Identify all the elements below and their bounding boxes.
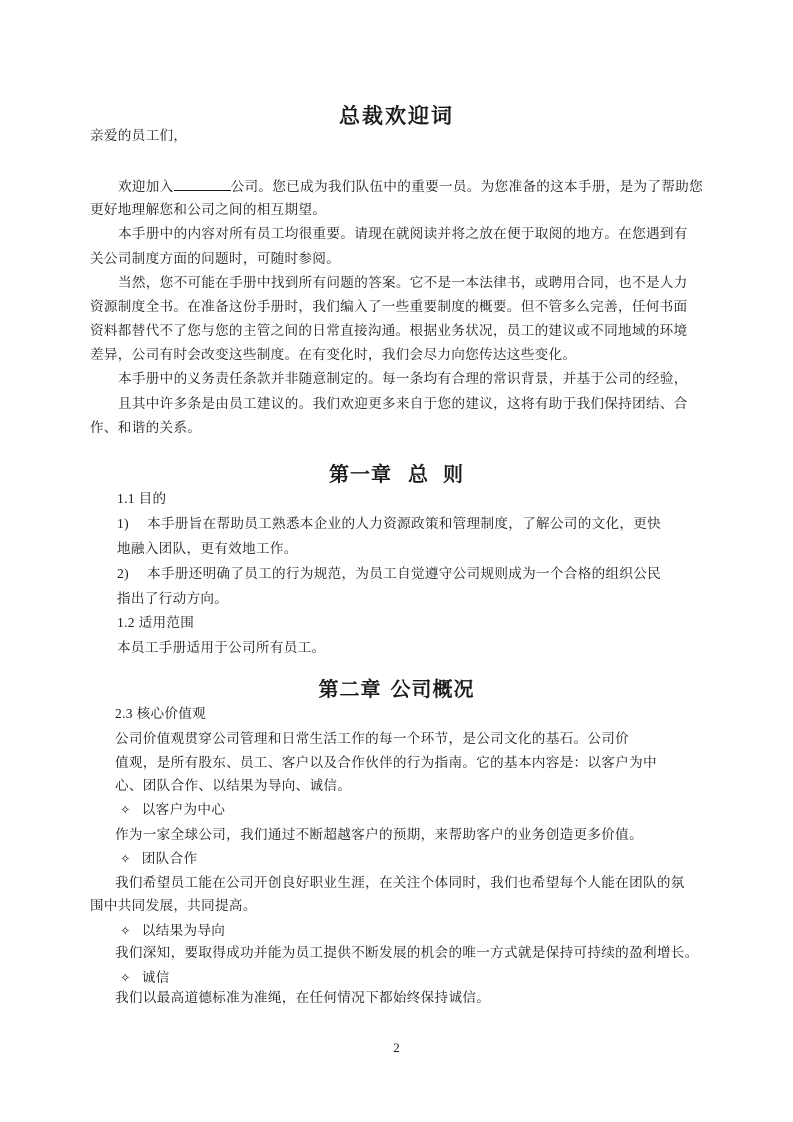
value-item-teamwork-title: ✧团队合作	[120, 851, 197, 867]
value-name: 以客户为中心	[142, 802, 225, 817]
item-1-marker: 1)	[117, 516, 147, 532]
page-title: 总裁欢迎词	[0, 100, 793, 130]
values-intro-line-3: 心、团队合作、以结果为导向、诚信。	[115, 778, 351, 794]
salutation-line: 亲爱的员工们，	[90, 128, 187, 144]
item-1-text: 本手册旨在帮助员工熟悉本企业的人力资源政策和管理制度，了解公司的文化，更快	[147, 516, 661, 531]
welcome-paragraph-2-line-1: 本手册中的内容对所有员工均很重要。请现在就阅读并将之放在便于取阅的地方。在您遇到…	[118, 226, 688, 242]
value-item-results-title: ✧以结果为导向	[120, 923, 225, 939]
welcome-paragraph-2-line-2: 关公司制度方面的问题时，可随时参阅。	[90, 251, 340, 267]
text-before-company-blank: 欢迎加入	[118, 179, 174, 194]
chapter-2-heading: 第二章公司概况	[0, 673, 793, 702]
values-intro-line-2: 值观，是所有股东、员工、客户以及合作伙伴的行为指南。它的基本内容是：以客户为中	[115, 755, 657, 771]
document-page: 总裁欢迎词 亲爱的员工们， 欢迎加入公司。您已成为我们队伍中的重要一员。为您准备…	[0, 0, 793, 1122]
section-1-2-heading: 1.2 适用范围	[117, 615, 194, 631]
value-item-teamwork-desc-line-1: 我们希望员工能在公司开创良好职业生涯，在关注个体同时，我们也希望每个人能在团队的…	[115, 875, 685, 891]
section-1-1-heading: 1.1 目的	[117, 491, 166, 507]
value-item-results-desc: 我们深知，要取得成功并能为员工提供不断发展的机会的唯一方式就是保持可持续的盈利增…	[115, 945, 699, 961]
value-name: 诚信	[142, 970, 170, 985]
value-item-integrity-desc: 我们以最高道德标准为准绳，在任何情况下都始终保持诚信。	[115, 990, 490, 1006]
item-2-marker: 2)	[117, 566, 147, 582]
section-1-2-body: 本员工手册适用于公司所有员工。	[117, 640, 325, 656]
welcome-paragraph-3-line-4: 差异，公司有时会改变这些制度。在有变化时，我们会尽力向您传达这些变化。	[90, 347, 576, 363]
text-after-company-blank: 公司。您已成为我们队伍中的重要一员。为您准备的这本手册，是为了帮助您	[231, 179, 703, 194]
welcome-paragraph-3-line-1: 当然，您不可能在手册中找到所有问题的答案。它不是一本法律书，或聘用合同，也不是人…	[118, 275, 688, 291]
item-2-text: 本手册还明确了员工的行为规范，为员工自觉遵守公司规则成为一个合格的组织公民	[147, 566, 661, 581]
welcome-paragraph-3-line-3: 资料都替代不了您与您的主管之间的日常直接沟通。根据业务状况，员工的建议或不同地域…	[90, 323, 687, 339]
diamond-bullet-icon: ✧	[120, 924, 131, 938]
page-number: 2	[0, 1040, 793, 1056]
welcome-paragraph-5-line-2: 作、和谐的关系。	[90, 420, 201, 436]
chapter-1-item-1-line-1: 1)本手册旨在帮助员工熟悉本企业的人力资源政策和管理制度，了解公司的文化，更快	[117, 516, 661, 532]
welcome-paragraph-5-line-1: 且其中许多条是由员工建议的。我们欢迎更多来自于您的建议，这将有助于我们保持团结、…	[118, 396, 688, 412]
chapter-1-name: 总 则	[408, 464, 464, 486]
section-2-3-heading: 2.3 核心价值观	[115, 706, 206, 722]
chapter-1-item-2-line-2: 指出了行动方向。	[117, 591, 228, 607]
welcome-paragraph-3-line-2: 资源制度全书。在准备这份手册时，我们编入了一些重要制度的概要。但不管多么完善，任…	[90, 299, 687, 315]
diamond-bullet-icon: ✧	[120, 852, 131, 866]
chapter-1-item-1-line-2: 地融入团队，更有效地工作。	[117, 541, 298, 557]
chapter-1-number: 第一章	[329, 464, 392, 486]
value-name: 以结果为导向	[142, 923, 225, 938]
diamond-bullet-icon: ✧	[120, 971, 131, 985]
chapter-2-number: 第二章	[319, 679, 382, 701]
value-name: 团队合作	[142, 851, 198, 866]
values-intro-line-1: 公司价值观贯穿公司管理和日常生活工作的每一个环节，是公司文化的基石。公司价	[115, 731, 629, 747]
welcome-paragraph-1-line-1: 欢迎加入公司。您已成为我们队伍中的重要一员。为您准备的这本手册，是为了帮助您	[118, 177, 703, 195]
chapter-2-name: 公司概况	[391, 679, 475, 701]
company-name-blank	[174, 177, 231, 191]
value-item-teamwork-desc-line-2: 围中共同发展，共同提高。	[90, 898, 257, 914]
value-item-customer-title: ✧以客户为中心	[120, 802, 225, 818]
value-item-customer-desc: 作为一家全球公司，我们通过不断超越客户的预期，来帮助客户的业务创造更多价值。	[115, 827, 643, 843]
diamond-bullet-icon: ✧	[120, 803, 131, 817]
value-item-integrity-title: ✧诚信	[120, 970, 170, 986]
chapter-1-heading: 第一章总 则	[0, 458, 793, 487]
chapter-1-item-2-line-1: 2)本手册还明确了员工的行为规范，为员工自觉遵守公司规则成为一个合格的组织公民	[117, 566, 661, 582]
welcome-paragraph-4-line-1: 本手册中的义务责任条款并非随意制定的。每一条均有合理的常识背景，并基于公司的经验…	[118, 371, 688, 387]
welcome-paragraph-1-line-2: 更好地理解您和公司之间的相互期望。	[90, 202, 326, 218]
